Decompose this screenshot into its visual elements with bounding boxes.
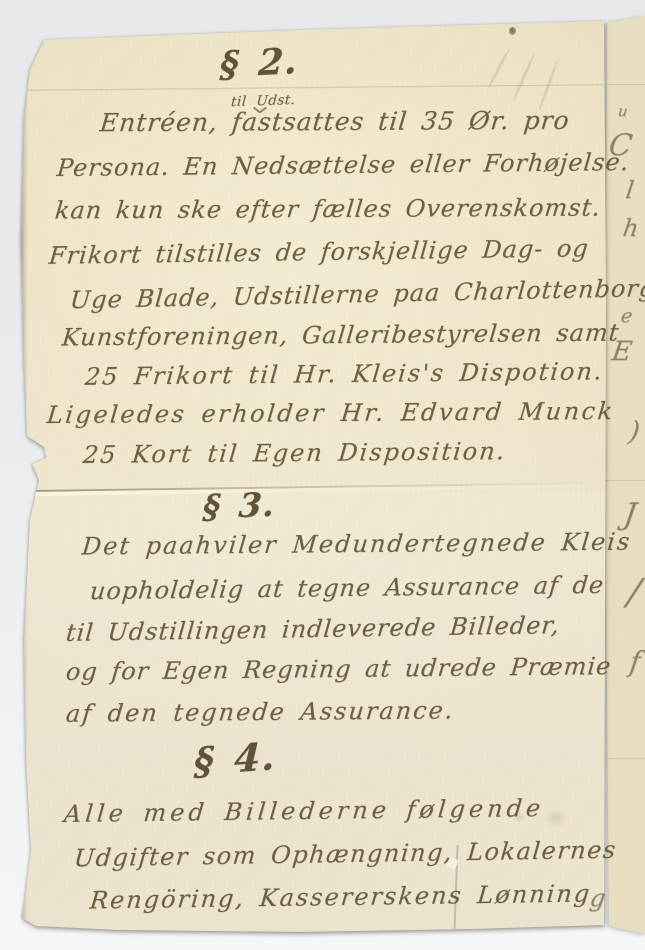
handwriting-layer: § 2. til Udst. Entréen, fastsattes til 3… xyxy=(0,0,645,950)
handwriting-fragment: f xyxy=(628,645,644,678)
text-line: 25 Kort til Egen Disposition. xyxy=(82,437,508,469)
text-line: Persona. En Nedsættelse eller Forhøjelse… xyxy=(56,148,631,182)
text-line: Uge Blade, Udstillerne paa Charlottenbor… xyxy=(69,274,645,314)
handwriting-fragment: h xyxy=(621,214,641,242)
handwriting-fragment: g xyxy=(588,884,608,912)
text-line: 25 Frikort til Hr. Kleis's Dispotion. xyxy=(84,357,605,390)
text-line: Entréen, fastsattes til 35 Ør. pro xyxy=(99,106,572,137)
text-line: og for Egen Regning at udrede Præmie xyxy=(65,652,613,686)
handwriting-fragment: u xyxy=(617,102,630,120)
handwriting-fragment: / xyxy=(625,572,644,613)
handwriting-fragment: l xyxy=(624,176,637,204)
text-line: uopholdelig at tegne Assurance af de xyxy=(89,571,606,605)
handwriting-fragment: ) xyxy=(627,416,643,447)
text-line: af den tegnede Assurance. xyxy=(65,696,456,727)
text-line: Det paahviler Medundertegnede Kleis xyxy=(81,528,633,561)
text-line: kan kun ske efter fælles Overenskomst. xyxy=(54,194,603,225)
handwriting-fragment: C xyxy=(607,128,636,163)
text-line: til Udstillingen indleverede Billeder, xyxy=(65,611,561,647)
text-line: Kunstforeningen, Galleribestyrelsen samt xyxy=(61,319,621,352)
section-heading-2: § 2. xyxy=(219,40,299,86)
text-line: Udgifter som Ophængning, Lokalernes xyxy=(73,836,618,873)
text-line: Alle med Billederne følgende xyxy=(63,794,546,828)
handwriting-fragment: e xyxy=(619,305,634,327)
section-heading-3: § 3. xyxy=(202,485,277,527)
text-line: Rengöring, Kassererskens Lønning xyxy=(89,879,593,914)
text-line: Ligeledes erholder Hr. Edvard Munck xyxy=(46,397,616,429)
handwriting-fragment: E xyxy=(610,336,635,367)
section-heading-4: § 4. xyxy=(193,733,276,784)
text-line: Frikort tilstilles de forskjellige Dag- … xyxy=(48,234,590,270)
handwriting-fragment: J xyxy=(622,497,640,532)
photographed-manuscript: § 2. til Udst. Entréen, fastsattes til 3… xyxy=(0,0,645,950)
